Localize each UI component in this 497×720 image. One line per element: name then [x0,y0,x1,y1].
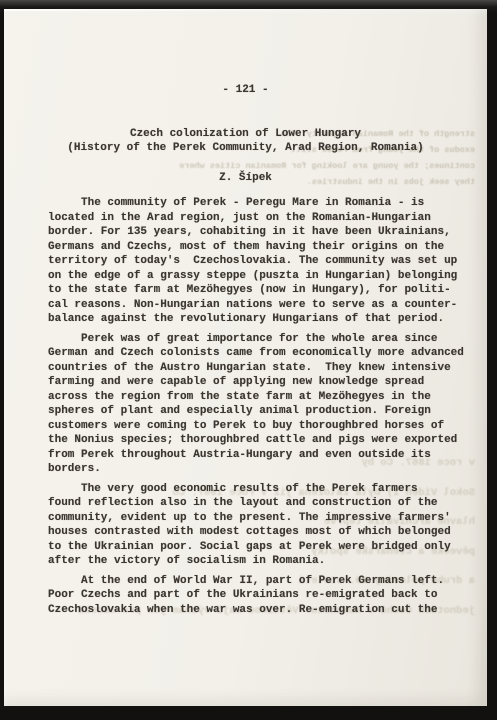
text-line: The very good economic results of the Pe… [48,482,467,497]
text-line: located in the Arad region, just on the … [48,211,467,226]
text-line: across the region from the state farm at… [48,390,467,405]
text-line: found reflection also in the layout and … [48,496,467,511]
paragraph: At the end of World War II, part of Pere… [48,574,467,618]
text-line: from Perek throughout Austria-Hungary an… [48,448,467,463]
text-line: Perek was of great importance for the wh… [48,332,467,347]
text-line: on the edge of a grassy steppe (puszta i… [48,269,467,284]
text-line: territory of today's Czechoslovakia. The… [48,254,467,269]
text-line: borders. [48,462,467,477]
paragraph: The very good economic results of the Pe… [48,482,467,569]
text-line: farming and were capable of applying new… [48,375,467,390]
text-line: to the Ukrainian poor. Social gaps at Pe… [48,540,467,555]
text-line: the Nonius species; thoroughbred cattle … [48,433,467,448]
text-line: after the victory of socialism in Romani… [48,554,467,569]
text-line: to the state farm at Mezöhegyes (now in … [48,283,467,298]
paragraph: The community of Perek - Peregu Mare in … [48,196,467,327]
text-line: countries of the Austro Hungarian state.… [48,361,467,376]
document-title-line2: (History of the Perek Community, Arad Re… [4,141,487,156]
text-line: At the end of World War II, part of Pere… [48,574,467,589]
text-line: spheres of plant and especially animal p… [48,404,467,419]
scanned-document: { "page": { "number_label": "- 121 -", "… [0,0,497,720]
author-name: Z. Šípek [4,171,487,186]
text-line: cal reasons. Non-Hungarian nations were … [48,298,467,313]
text-line: border. For 135 years, cohabiting in it … [48,225,467,240]
paragraph: Perek was of great importance for the wh… [48,332,467,477]
document-page: strength of the Romanian majority. Theex… [4,9,487,706]
text-line: community, evident up to the present. Th… [48,511,467,526]
document-title: Czech colonization of Lower Hungary (His… [4,127,487,156]
text-line: balance against the revolutionary Hungar… [48,312,467,327]
page-number: - 121 - [4,83,487,98]
text-line: The community of Perek - Peregu Mare in … [48,196,467,211]
page-content: - 121 - Czech colonization of Lower Hung… [4,83,487,617]
text-line: German and Czech colonists came from eco… [48,346,467,361]
text-line: Czechoslovakia when the war was over. Re… [48,603,467,618]
document-title-line1: Czech colonization of Lower Hungary [4,127,487,142]
text-line: Poor Czechs and part of the Ukrainians r… [48,588,467,603]
text-line: houses contrasted with modest cottages m… [48,525,467,540]
text-line: Germans and Czechs, most of them having … [48,240,467,255]
text-line: customers were coming to Perek to buy th… [48,419,467,434]
document-body: The community of Perek - Peregu Mare in … [4,196,487,617]
